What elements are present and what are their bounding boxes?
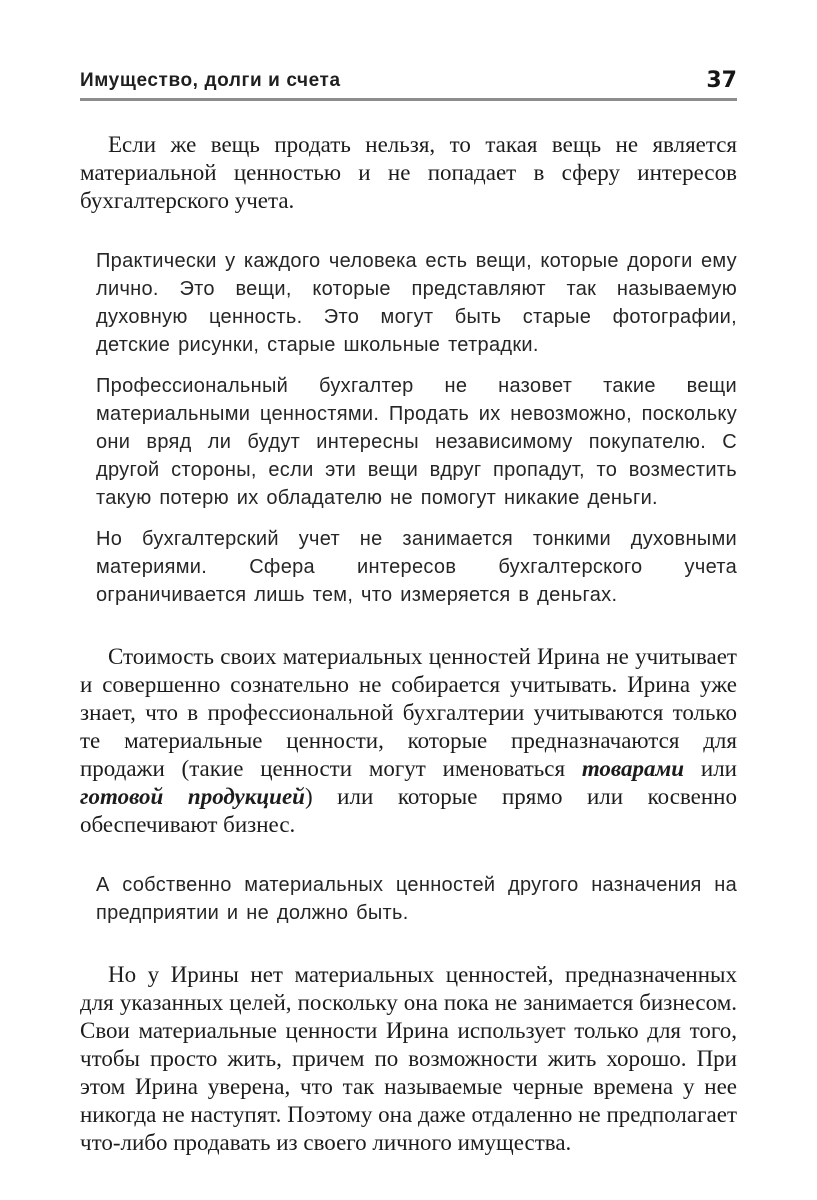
running-header: Имущество, долги и счета 37 bbox=[80, 70, 737, 101]
paragraph-note: А собственно материальных ценностей друг… bbox=[96, 871, 737, 927]
paragraph-main: Если же вещь продать нельзя, то такая ве… bbox=[80, 131, 737, 215]
paragraph-note: Профессиональный бухгалтер не назовет та… bbox=[96, 372, 737, 512]
running-title: Имущество, долги и счета bbox=[80, 70, 341, 92]
term-emphasis: товарами bbox=[582, 756, 684, 781]
paragraph-text: или bbox=[684, 756, 737, 781]
book-page: Имущество, долги и счета 37 Если же вещь… bbox=[0, 0, 817, 1200]
paragraph-main: Но у Ирины нет материальных ценностей, п… bbox=[80, 961, 737, 1157]
paragraph-note: Но бухгалтерский учет не занимается тонк… bbox=[96, 525, 737, 609]
term-emphasis: готовой продукцией bbox=[80, 784, 305, 809]
paragraph-main: Стоимость своих материальных ценностей И… bbox=[80, 643, 737, 839]
page-body: Если же вещь продать нельзя, то такая ве… bbox=[80, 131, 737, 1157]
paragraph-note: Практически у каждого человека есть вещи… bbox=[96, 247, 737, 359]
page-number: 37 bbox=[706, 70, 737, 92]
